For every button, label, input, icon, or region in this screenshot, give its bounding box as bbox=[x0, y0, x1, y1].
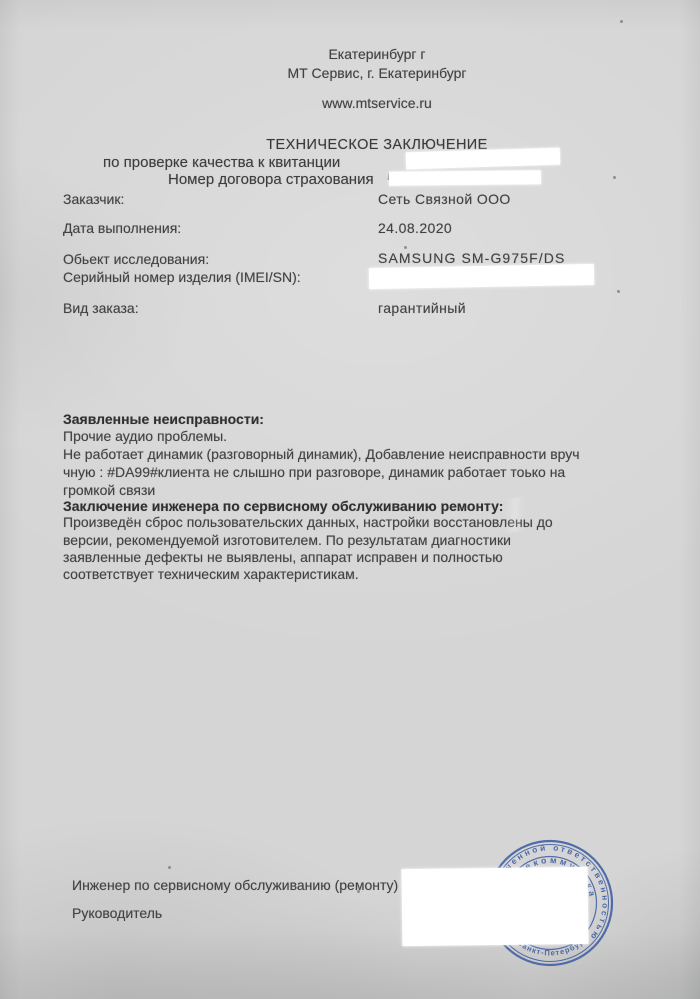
document-photo: Екатеринбург г МТ Сервис, г. Екатеринбур… bbox=[0, 0, 700, 999]
redaction-box-contract-number bbox=[389, 170, 541, 186]
dust-speck bbox=[613, 176, 616, 179]
field-label-customer: Заказчик: bbox=[63, 190, 124, 208]
subtitle-receipt-line: по проверке качества к квитанции bbox=[103, 154, 340, 172]
signature-manager-label: Руководитель bbox=[72, 904, 162, 922]
redaction-box-imei bbox=[369, 264, 594, 289]
dust-speck bbox=[404, 246, 407, 249]
field-label-order-type: Вид заказа: bbox=[63, 299, 139, 317]
field-label-object: Обьект исследования: bbox=[63, 250, 209, 268]
defects-line: чную : #DA99#клиента не слышно при разго… bbox=[63, 463, 565, 481]
dust-speck bbox=[617, 290, 620, 293]
document-title: ТЕХНИЧЕСКОЕ ЗАКЛЮЧЕНИЕ bbox=[52, 136, 700, 154]
field-label-serial: Серийный номер изделия (IMEI/SN): bbox=[63, 268, 301, 286]
defects-heading: Заявленные неисправности: bbox=[63, 410, 264, 428]
field-value-customer: Сеть Связной ООО bbox=[378, 190, 511, 208]
field-value-order-type: гарантийный bbox=[378, 299, 466, 317]
redaction-box-receipt-number bbox=[406, 148, 560, 170]
subtitle-contract-line: Номер договора страхования bbox=[168, 171, 374, 189]
conclusion-line: заявленные дефекты не выявлены, аппарат … bbox=[63, 548, 503, 566]
defects-line: Не работает динамик (разговорный динамик… bbox=[63, 445, 580, 463]
dust-speck bbox=[620, 20, 623, 23]
field-value-date: 24.08.2020 bbox=[378, 219, 452, 237]
redaction-box-signature bbox=[402, 867, 589, 946]
conclusion-line: соответствует техническим характеристика… bbox=[63, 565, 359, 583]
header-company: МТ Сервис, г. Екатеринбург bbox=[52, 64, 700, 82]
signature-engineer-label: Инженер по сервисному обслуживанию (ремо… bbox=[72, 876, 398, 894]
header-website: www.mtservice.ru bbox=[52, 94, 700, 112]
dust-speck bbox=[357, 890, 360, 893]
paper-crease bbox=[429, 488, 602, 542]
field-label-date: Дата выполнения: bbox=[63, 219, 181, 237]
defects-line: Прочие аудио проблемы. bbox=[63, 427, 227, 445]
header-city: Екатеринбург г bbox=[52, 45, 700, 63]
dust-speck bbox=[168, 866, 171, 869]
